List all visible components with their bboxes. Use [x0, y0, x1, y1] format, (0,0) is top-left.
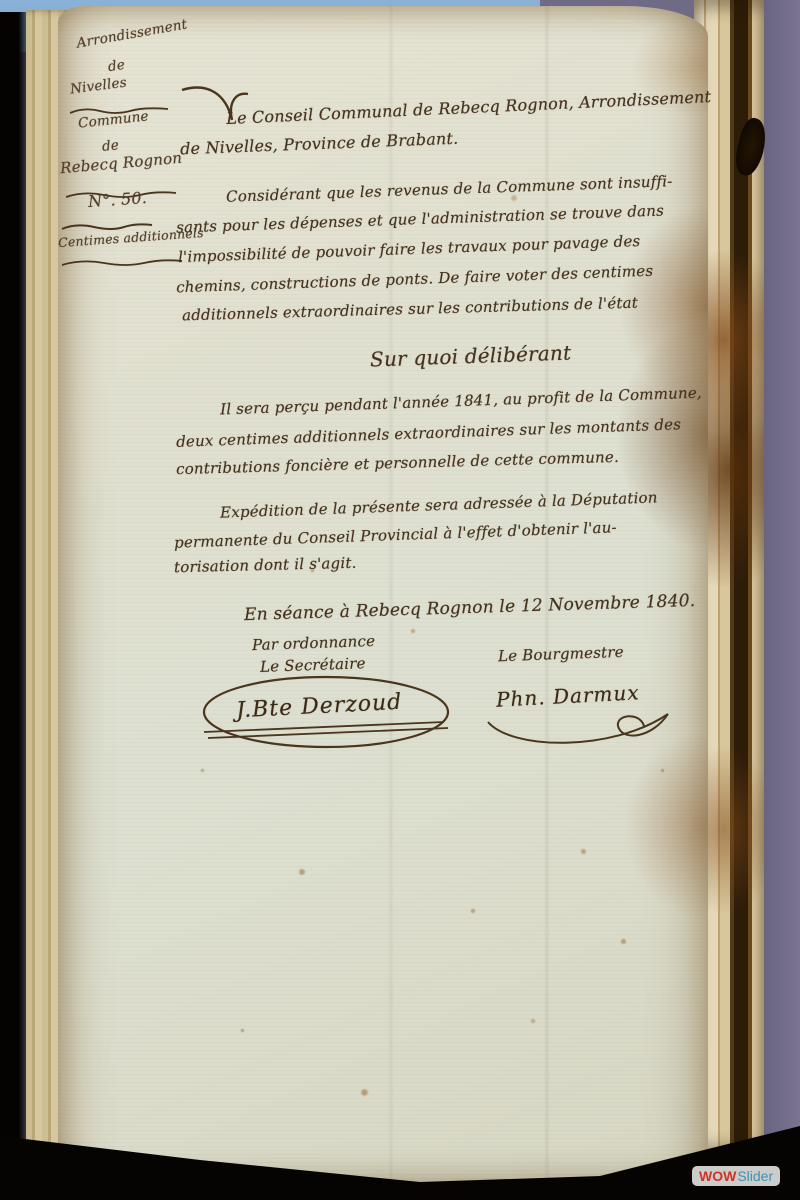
paragraph3-line-1: Expédition de la présente sera adressée … [220, 488, 658, 521]
backdrop-purple-right [758, 0, 800, 1165]
watermark-wow-text: WOW [699, 1168, 736, 1184]
closing-par-ordonnance: Par ordonnance [252, 632, 376, 654]
deliberation-subheading: Sur quoi délibérant [370, 340, 572, 371]
watermark-slider-text: Slider [737, 1168, 773, 1184]
paragraph3-line-2: permanente du Conseil Provincial à l'eff… [174, 518, 617, 551]
margin-note-de-1: de [107, 57, 126, 75]
margin-note-arrondissement: Arrondissement [75, 16, 188, 51]
paragraph1-line-3: l'impossibilité de pouvoir faire les tra… [178, 232, 641, 266]
margin-note-nivelles: Nivelles [69, 75, 127, 98]
paragraph3-line-3: torisation dont il s'agit. [174, 554, 357, 576]
heading-line-1: Le Conseil Communal de Rebecq Rognon, Ar… [226, 87, 712, 128]
margin-note-rebecq-rognon: Rebecq Rognon [59, 149, 182, 178]
manuscript-page: Arrondissement de Nivelles Commune de Re… [58, 6, 708, 1186]
session-date-line: En séance à Rebecq Rognon le 12 Novembre… [244, 591, 696, 625]
paragraph2-line-1: Il sera perçu pendant l'année 1841, au p… [220, 384, 702, 419]
margin-note-number: N°. 50. [87, 188, 147, 211]
paragraph2-line-3: contributions foncière et personnelle de… [176, 448, 619, 478]
paragraph1-line-4: chemins, constructions de ponts. De fair… [176, 262, 654, 297]
archive-photo: Arrondissement de Nivelles Commune de Re… [0, 0, 800, 1200]
paragraph1-line-2: sants pour les dépenses et que l'adminis… [176, 201, 664, 236]
closing-bourgmestre-label: Le Bourgmestre [498, 643, 624, 665]
wowslider-watermark[interactable]: WOW Slider [692, 1166, 780, 1186]
paragraph1-line-5: additionnels extraordinaires sur les con… [182, 294, 638, 325]
flourish-underline-4 [60, 254, 186, 273]
paragraph2-line-2: deux centimes additionnels extraordinair… [176, 415, 682, 451]
paragraph1-line-1: Considérant que les revenus de la Commun… [226, 172, 673, 206]
heading-line-2: de Nivelles, Province de Brabant. [180, 129, 459, 159]
margin-note-de-2: de [101, 137, 120, 155]
